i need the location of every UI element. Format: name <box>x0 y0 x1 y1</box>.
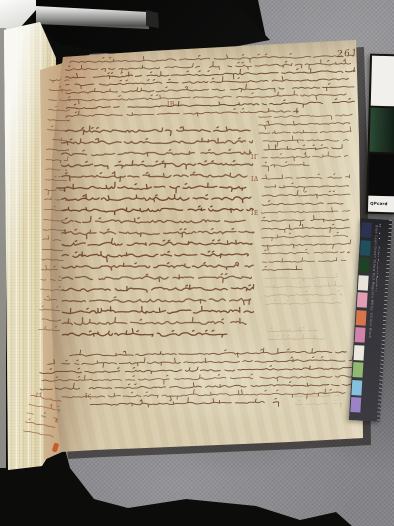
manuscript-text-lines <box>0 0 394 526</box>
qpcard-patch <box>368 154 394 199</box>
kodak-chip <box>357 292 368 308</box>
kodak-chip <box>359 257 370 273</box>
margin-numeral: ΙΒ <box>167 101 175 108</box>
folio-number: 261 <box>337 48 359 60</box>
kodak-chip <box>358 275 369 291</box>
margin-numeral: ΙΔ <box>251 176 259 183</box>
kodak-chip <box>360 240 371 256</box>
margin-numeral: ΙΕ <box>251 210 259 217</box>
kodak-chip <box>352 362 363 378</box>
qpcard-calibration-card: QPcard <box>366 54 394 215</box>
kodak-chip <box>350 397 361 413</box>
kodak-chip <box>361 222 372 238</box>
kodak-chip <box>354 345 365 361</box>
kodak-chip <box>356 310 367 326</box>
margin-numeral: ΙΓ <box>251 154 259 161</box>
qpcard-patch <box>370 108 394 153</box>
margin-numeral: Ιϛ <box>85 393 92 400</box>
kodak-chip <box>355 327 366 343</box>
kodak-chip <box>351 380 362 396</box>
qpcard-patch <box>371 56 394 107</box>
photographed-manuscript-scene: 261 ΙΒΙΓΙΔΙΕΙϛ QPcard Blue Cyan Green Ye… <box>0 0 394 526</box>
qpcard-label: QPcard <box>368 196 394 213</box>
